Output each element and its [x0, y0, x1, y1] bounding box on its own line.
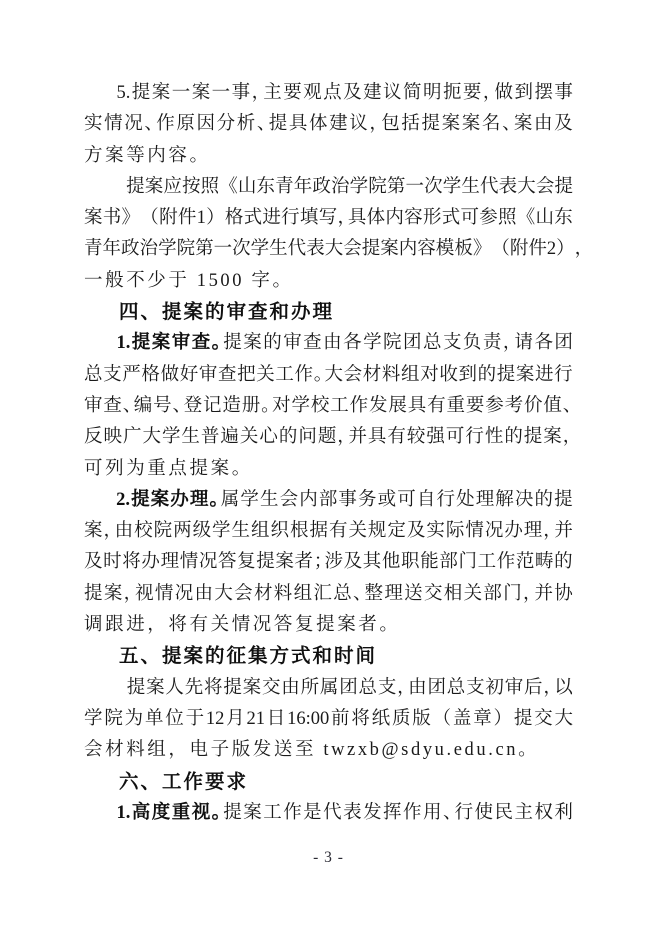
text-run: 学	[363, 328, 382, 359]
text-line: 提案应按照《山东青年政治学院第一次学生代表大会提	[84, 172, 573, 203]
text-run: 登	[184, 391, 203, 422]
text-run: 《	[517, 203, 536, 234]
text-run: 重	[446, 391, 465, 422]
text-run: 组	[294, 579, 313, 610]
text-run: 总	[333, 579, 352, 610]
text-run: 代	[288, 234, 307, 265]
text-run: 具	[289, 109, 308, 140]
text-run: 提	[223, 798, 242, 829]
text-run: 办	[504, 516, 523, 547]
text-run: 按	[182, 172, 201, 203]
text-run: 组	[251, 516, 270, 547]
text-run: 两	[173, 516, 192, 547]
text-run: 整	[365, 579, 384, 610]
text-run: 大	[554, 704, 573, 735]
text-run: 具	[408, 391, 427, 422]
text-run: 审	[84, 391, 103, 422]
text-run: 为	[125, 704, 144, 735]
text-run: 交	[534, 704, 553, 735]
text-run: 会	[536, 172, 555, 203]
text-line: 可列为重点提案。	[84, 454, 573, 485]
text-run: 交	[424, 579, 443, 610]
text-run: 、	[353, 579, 363, 610]
text-run: 要	[466, 391, 485, 422]
text-run: 理	[524, 516, 543, 547]
text-run: 12	[206, 704, 225, 735]
text-run: 的	[535, 485, 554, 516]
text-run: 内	[299, 485, 318, 516]
text-run: ，	[483, 78, 493, 109]
text-run: 总	[447, 673, 466, 704]
text-run: 学	[240, 485, 259, 516]
text-run: 2	[547, 234, 556, 265]
text-run: 要	[283, 78, 302, 109]
bold-text-run: 。	[212, 798, 222, 829]
text-run: 关	[464, 579, 483, 610]
text-run: 相	[444, 579, 463, 610]
text-run: 使	[475, 798, 494, 829]
text-run: 明	[423, 78, 442, 109]
text-run: 学	[251, 234, 270, 265]
text-run: 案	[243, 328, 262, 359]
text-run: 的	[279, 422, 298, 453]
text-run: 发	[363, 798, 382, 829]
text-run: 版	[412, 704, 431, 735]
text-run: 复	[237, 547, 256, 578]
bold-text-run: 四、提案的审查和办理	[119, 301, 334, 323]
text-line: 调跟进，将有关情况答复提案者。	[84, 610, 573, 641]
text-run: 提	[362, 234, 381, 265]
text-run: 况	[124, 109, 143, 140]
text-run: 以	[554, 673, 573, 704]
bold-text-run: 重	[172, 798, 191, 829]
text-run: 案	[275, 547, 294, 578]
text-run: 提	[524, 422, 543, 453]
text-run: 格	[141, 360, 160, 391]
text-run: 涉	[324, 547, 343, 578]
text-line: 一般不少于 1500 字。	[84, 266, 573, 297]
text-run: 会材料组，电子版发送至 twzxb@sdyu.edu.cn。	[84, 740, 539, 760]
text-run: 民	[495, 798, 514, 829]
text-run: 具	[368, 422, 387, 453]
text-run: 提	[84, 579, 103, 610]
text-run: 有	[387, 422, 406, 453]
text-run: 问	[298, 422, 317, 453]
text-run: 析	[237, 109, 256, 140]
text-run: ，	[503, 328, 513, 359]
text-run: 1	[197, 203, 206, 234]
text-run: 定	[387, 516, 406, 547]
text-run: ，	[124, 579, 134, 610]
text-run: 、	[144, 109, 154, 140]
text-run: ，	[543, 673, 553, 704]
text-run: 案	[380, 234, 399, 265]
text-run: 际	[446, 516, 465, 547]
text-run: 门	[458, 547, 477, 578]
text-run: 属	[320, 673, 339, 704]
text-run: 及	[407, 516, 426, 547]
text-run: 一	[405, 172, 424, 203]
text-run: 职	[401, 547, 420, 578]
text-run: 审	[505, 673, 524, 704]
text-run: 作	[497, 547, 516, 578]
text-run: 遍	[220, 422, 239, 453]
text-run: 院	[177, 234, 196, 265]
text-run: 能	[420, 547, 439, 578]
bold-text-run: 提	[131, 485, 150, 516]
text-run: 案	[543, 422, 562, 453]
text-run: 事	[338, 485, 357, 516]
text-run: 表	[306, 234, 325, 265]
text-run: 做	[495, 78, 514, 109]
text-run: 及	[343, 78, 362, 109]
text-run: 院	[368, 172, 387, 203]
heading-line: 四、提案的审查和办理	[84, 297, 573, 328]
text-run: 作	[403, 798, 422, 829]
text-run: ，	[563, 422, 573, 453]
text-run: 支	[378, 673, 397, 704]
text-run: 、	[443, 798, 453, 829]
text-run: 主	[514, 798, 533, 829]
text-run: 情	[465, 516, 484, 547]
text-run: 建	[329, 109, 348, 140]
text-run: 收	[439, 360, 458, 391]
text-run: 决	[515, 485, 534, 516]
text-run: 查	[103, 391, 122, 422]
text-run: 案	[84, 203, 103, 234]
text-run: 作	[295, 360, 314, 391]
text-run: 板	[454, 234, 473, 265]
text-run: 的	[504, 422, 523, 453]
text-run: 由	[323, 328, 342, 359]
text-run: 学	[162, 422, 181, 453]
text-run: 、	[502, 109, 512, 140]
text-run: 对	[420, 360, 439, 391]
text-run: 提	[497, 360, 516, 391]
text-run: 可列为重点提案。	[84, 459, 253, 479]
text-run: 提	[554, 172, 573, 203]
text-run: 将	[122, 547, 141, 578]
text-run: 5.	[116, 78, 130, 109]
text-run: 学	[158, 234, 177, 265]
text-run: 《	[219, 172, 238, 203]
text-run: 格	[225, 203, 244, 234]
text-run: 到	[514, 78, 533, 109]
text-run: 于	[186, 704, 205, 735]
text-run: 案	[192, 78, 211, 109]
text-run: 一般不少于 1500 字。	[84, 271, 294, 291]
text-run: 级	[193, 516, 212, 547]
text-run: 案	[152, 78, 171, 109]
text-line: 反映广大学生普遍关心的问题，并具有较强可行性的提案，	[84, 422, 573, 453]
text-run: 书	[103, 203, 122, 234]
text-run: 编	[134, 391, 153, 422]
text-run: 务	[358, 485, 377, 516]
text-run: 大	[325, 234, 344, 265]
text-run: 反	[84, 422, 103, 453]
text-run: 附	[159, 203, 178, 234]
text-run: 团	[403, 328, 422, 359]
bold-text-run: 度	[152, 798, 171, 829]
text-run: 实	[426, 516, 445, 547]
text-run: 案	[146, 673, 165, 704]
text-run: 第	[195, 234, 214, 265]
text-run: 协	[554, 579, 573, 610]
text-run: 、	[123, 391, 133, 422]
bold-text-run: 。	[210, 485, 220, 516]
text-line: 总支严格做好审查把关工作。大会材料组对收到的提案进行	[84, 360, 573, 391]
text-run: 生	[181, 422, 200, 453]
text-run: 生	[269, 234, 288, 265]
text-run: 其	[363, 547, 382, 578]
text-run: 。	[261, 391, 271, 422]
text-run: 章	[473, 704, 492, 735]
text-run: 部	[319, 485, 338, 516]
text-run: 团	[427, 673, 446, 704]
text-run: 权	[534, 798, 553, 829]
text-run: 会	[234, 579, 253, 610]
bold-text-run: 2.	[116, 485, 130, 516]
text-line: 1.提案审查。提案的审查由各学院团总支负责，请各团	[84, 328, 573, 359]
text-run: 大	[517, 172, 536, 203]
text-run: 情	[104, 109, 123, 140]
text-run: 会	[343, 234, 362, 265]
text-run: 年	[103, 234, 122, 265]
text-run: 由	[195, 579, 214, 610]
text-run: ，	[252, 78, 262, 109]
text-run: 号	[153, 391, 172, 422]
text-run: 年	[294, 172, 313, 203]
text-line: 方案等内容。	[84, 141, 573, 172]
text-run: 原	[176, 109, 195, 140]
text-run: 提	[126, 172, 145, 203]
text-run: 治	[331, 172, 350, 203]
text-run: 第	[387, 172, 406, 203]
text-run: 议	[383, 78, 402, 109]
text-run: 有	[329, 516, 348, 547]
text-run: 总	[359, 673, 378, 704]
text-run: 学	[350, 172, 369, 203]
text-run: 院	[104, 704, 123, 735]
bold-text-run: 办	[170, 485, 189, 516]
text-run: 提	[127, 673, 146, 704]
text-run: 提	[554, 485, 573, 516]
text-run: 关	[348, 516, 367, 547]
text-run: 规	[368, 516, 387, 547]
text-run: 提	[269, 109, 288, 140]
text-run: 对	[272, 391, 291, 422]
text-run: 表	[499, 172, 518, 203]
text-run: 查	[303, 328, 322, 359]
text-run: 行	[554, 360, 573, 391]
text-run: 提	[422, 109, 441, 140]
text-run: 填	[300, 203, 319, 234]
text-run: 代	[323, 798, 342, 829]
text-run: 请	[514, 328, 533, 359]
text-run: 参	[479, 203, 498, 234]
text-run: 事	[554, 78, 573, 109]
text-run: 事	[232, 78, 251, 109]
text-run: 扼	[443, 78, 462, 109]
text-run: 强	[426, 422, 445, 453]
text-run: 具	[348, 203, 367, 234]
text-run: 建	[363, 78, 382, 109]
text-run: 照	[498, 203, 517, 234]
text-run: 生	[461, 172, 480, 203]
text-run: 行	[436, 485, 455, 516]
text-run: 用	[423, 798, 442, 829]
text-line: 1.高度重视。提案工作是代表发挥作用、行使民主权利	[84, 798, 573, 829]
text-run: ，	[397, 673, 407, 704]
text-run: 册	[242, 391, 261, 422]
text-run: 件	[528, 234, 547, 265]
text-run: 生	[260, 485, 279, 516]
text-run: 一	[172, 78, 191, 109]
text-run: 会	[280, 485, 299, 516]
text-run: 会	[344, 360, 363, 391]
bold-text-run: 提	[132, 328, 151, 359]
bold-text-run: 视	[192, 798, 211, 829]
text-line: 会材料组，电子版发送至 twzxb@sdyu.edu.cn。	[84, 735, 573, 766]
text-run: 办	[141, 547, 160, 578]
text-run: 院	[383, 328, 402, 359]
text-run: 学	[212, 516, 231, 547]
text-run: 的	[478, 360, 497, 391]
heading-line: 六、工作要求	[84, 767, 573, 798]
text-run: 造	[222, 391, 241, 422]
text-run: 由	[534, 109, 553, 140]
text-run: 或	[378, 485, 397, 516]
text-run: 形	[423, 203, 442, 234]
text-run: 处	[456, 485, 475, 516]
text-run: 严	[122, 360, 141, 391]
text-run: 材	[254, 579, 273, 610]
text-run: 材	[363, 360, 382, 391]
text-run: 据	[309, 516, 328, 547]
text-run: 团	[554, 328, 573, 359]
text-run: 案	[145, 172, 164, 203]
text-run: 东	[256, 172, 275, 203]
text-run: 工	[275, 360, 294, 391]
text-run: 自	[417, 485, 436, 516]
text-run: 由	[281, 673, 300, 704]
text-run: 名	[482, 109, 501, 140]
text-run: 提	[223, 328, 242, 359]
text-run: 学	[84, 704, 103, 735]
text-line: 提案人先将提案交由所属团总支，由团总支初审后，以	[84, 673, 573, 704]
text-run: 各	[534, 328, 553, 359]
text-run: ，	[337, 422, 347, 453]
text-run: 式	[244, 203, 263, 234]
text-run: 进	[262, 203, 281, 234]
text-run: 。	[314, 360, 324, 391]
text-line: 青年政治学院第一次学生代表大会提案内容模板》（附件2），	[84, 234, 573, 265]
text-run: 作	[283, 798, 302, 829]
text-run: 价	[524, 391, 543, 422]
text-run: 普	[201, 422, 220, 453]
text-run: （	[433, 704, 452, 735]
text-run: 盖	[453, 704, 472, 735]
text-run: 提	[132, 78, 151, 109]
text-run: （	[140, 203, 159, 234]
text-line: 实情况、作原因分析、提具体建议，包括提案案名、案由及	[84, 109, 573, 140]
text-run: 内	[399, 234, 418, 265]
text-run: 汇	[313, 579, 332, 610]
text-run: 范	[516, 547, 535, 578]
text-run: 要	[463, 78, 482, 109]
bold-text-run: 案	[152, 328, 171, 359]
text-run: ）	[556, 234, 575, 265]
text-run: 月	[226, 704, 245, 735]
text-run: （	[491, 234, 510, 265]
text-run: 写	[319, 203, 338, 234]
text-run: 案	[516, 360, 535, 391]
text-run: 案	[462, 109, 481, 140]
text-run: 校	[311, 391, 330, 422]
text-run: 可	[397, 485, 416, 516]
bold-text-run: 1.	[116, 328, 130, 359]
text-run: 表	[343, 798, 362, 829]
text-run: 况	[199, 547, 218, 578]
text-run: ，	[337, 203, 347, 234]
text-run: 大	[142, 422, 161, 453]
text-run: 实	[84, 109, 103, 140]
text-run: 治	[140, 234, 159, 265]
text-run: 理	[384, 579, 403, 610]
text-run: 容	[417, 234, 436, 265]
text-run: 调跟进，将有关情况答复提案者。	[84, 615, 401, 635]
text-run: 较	[407, 422, 426, 453]
text-run: 时	[103, 547, 122, 578]
text-run: 容	[404, 203, 423, 234]
text-run: 式	[442, 203, 461, 234]
text-run: ，	[369, 109, 379, 140]
text-run: 值	[543, 391, 562, 422]
text-run: 东	[554, 203, 573, 234]
text-run: 况	[175, 579, 194, 610]
text-run: 工	[478, 547, 497, 578]
text-run: 理	[476, 485, 495, 516]
text-run: 纸	[372, 704, 391, 735]
heading-line: 五、提案的征集方式和时间	[84, 641, 573, 672]
text-run: 提	[514, 704, 533, 735]
text-run: 是	[303, 798, 322, 829]
text-run: 照	[201, 172, 220, 203]
text-run: 青	[275, 172, 294, 203]
text-line: 案书》（附件1）格式进行填写，具体内容形式可参照《山东	[84, 203, 573, 234]
text-run: 主	[263, 78, 282, 109]
text-run: 的	[263, 328, 282, 359]
document-body: 5.提案一案一事，主要观点及建议简明扼要，做到摆事实情况、作原因分析、提具体建议…	[84, 78, 573, 829]
bold-text-run: 六、工作要求	[119, 771, 248, 793]
text-run: 案	[84, 516, 103, 547]
text-line: 2.提案办理。属学生会内部事务或可自行处理解决的提	[84, 485, 573, 516]
text-run: 因	[197, 109, 216, 140]
text-run: 案	[243, 673, 262, 704]
text-run: 根	[290, 516, 309, 547]
text-run: 部	[439, 547, 458, 578]
text-run: 应	[163, 172, 182, 203]
text-run: 属	[221, 485, 240, 516]
text-run: 并	[534, 579, 553, 610]
text-run: 的	[554, 547, 573, 578]
text-run: 畴	[535, 547, 554, 578]
text-run: 点	[323, 78, 342, 109]
text-run: ，	[523, 579, 533, 610]
document-page: 5.提案一案一事，主要观点及建议简明扼要，做到摆事实情况、作原因分析、提具体建议…	[0, 0, 657, 935]
text-run: 校	[134, 516, 153, 547]
text-run: 提	[223, 673, 242, 704]
